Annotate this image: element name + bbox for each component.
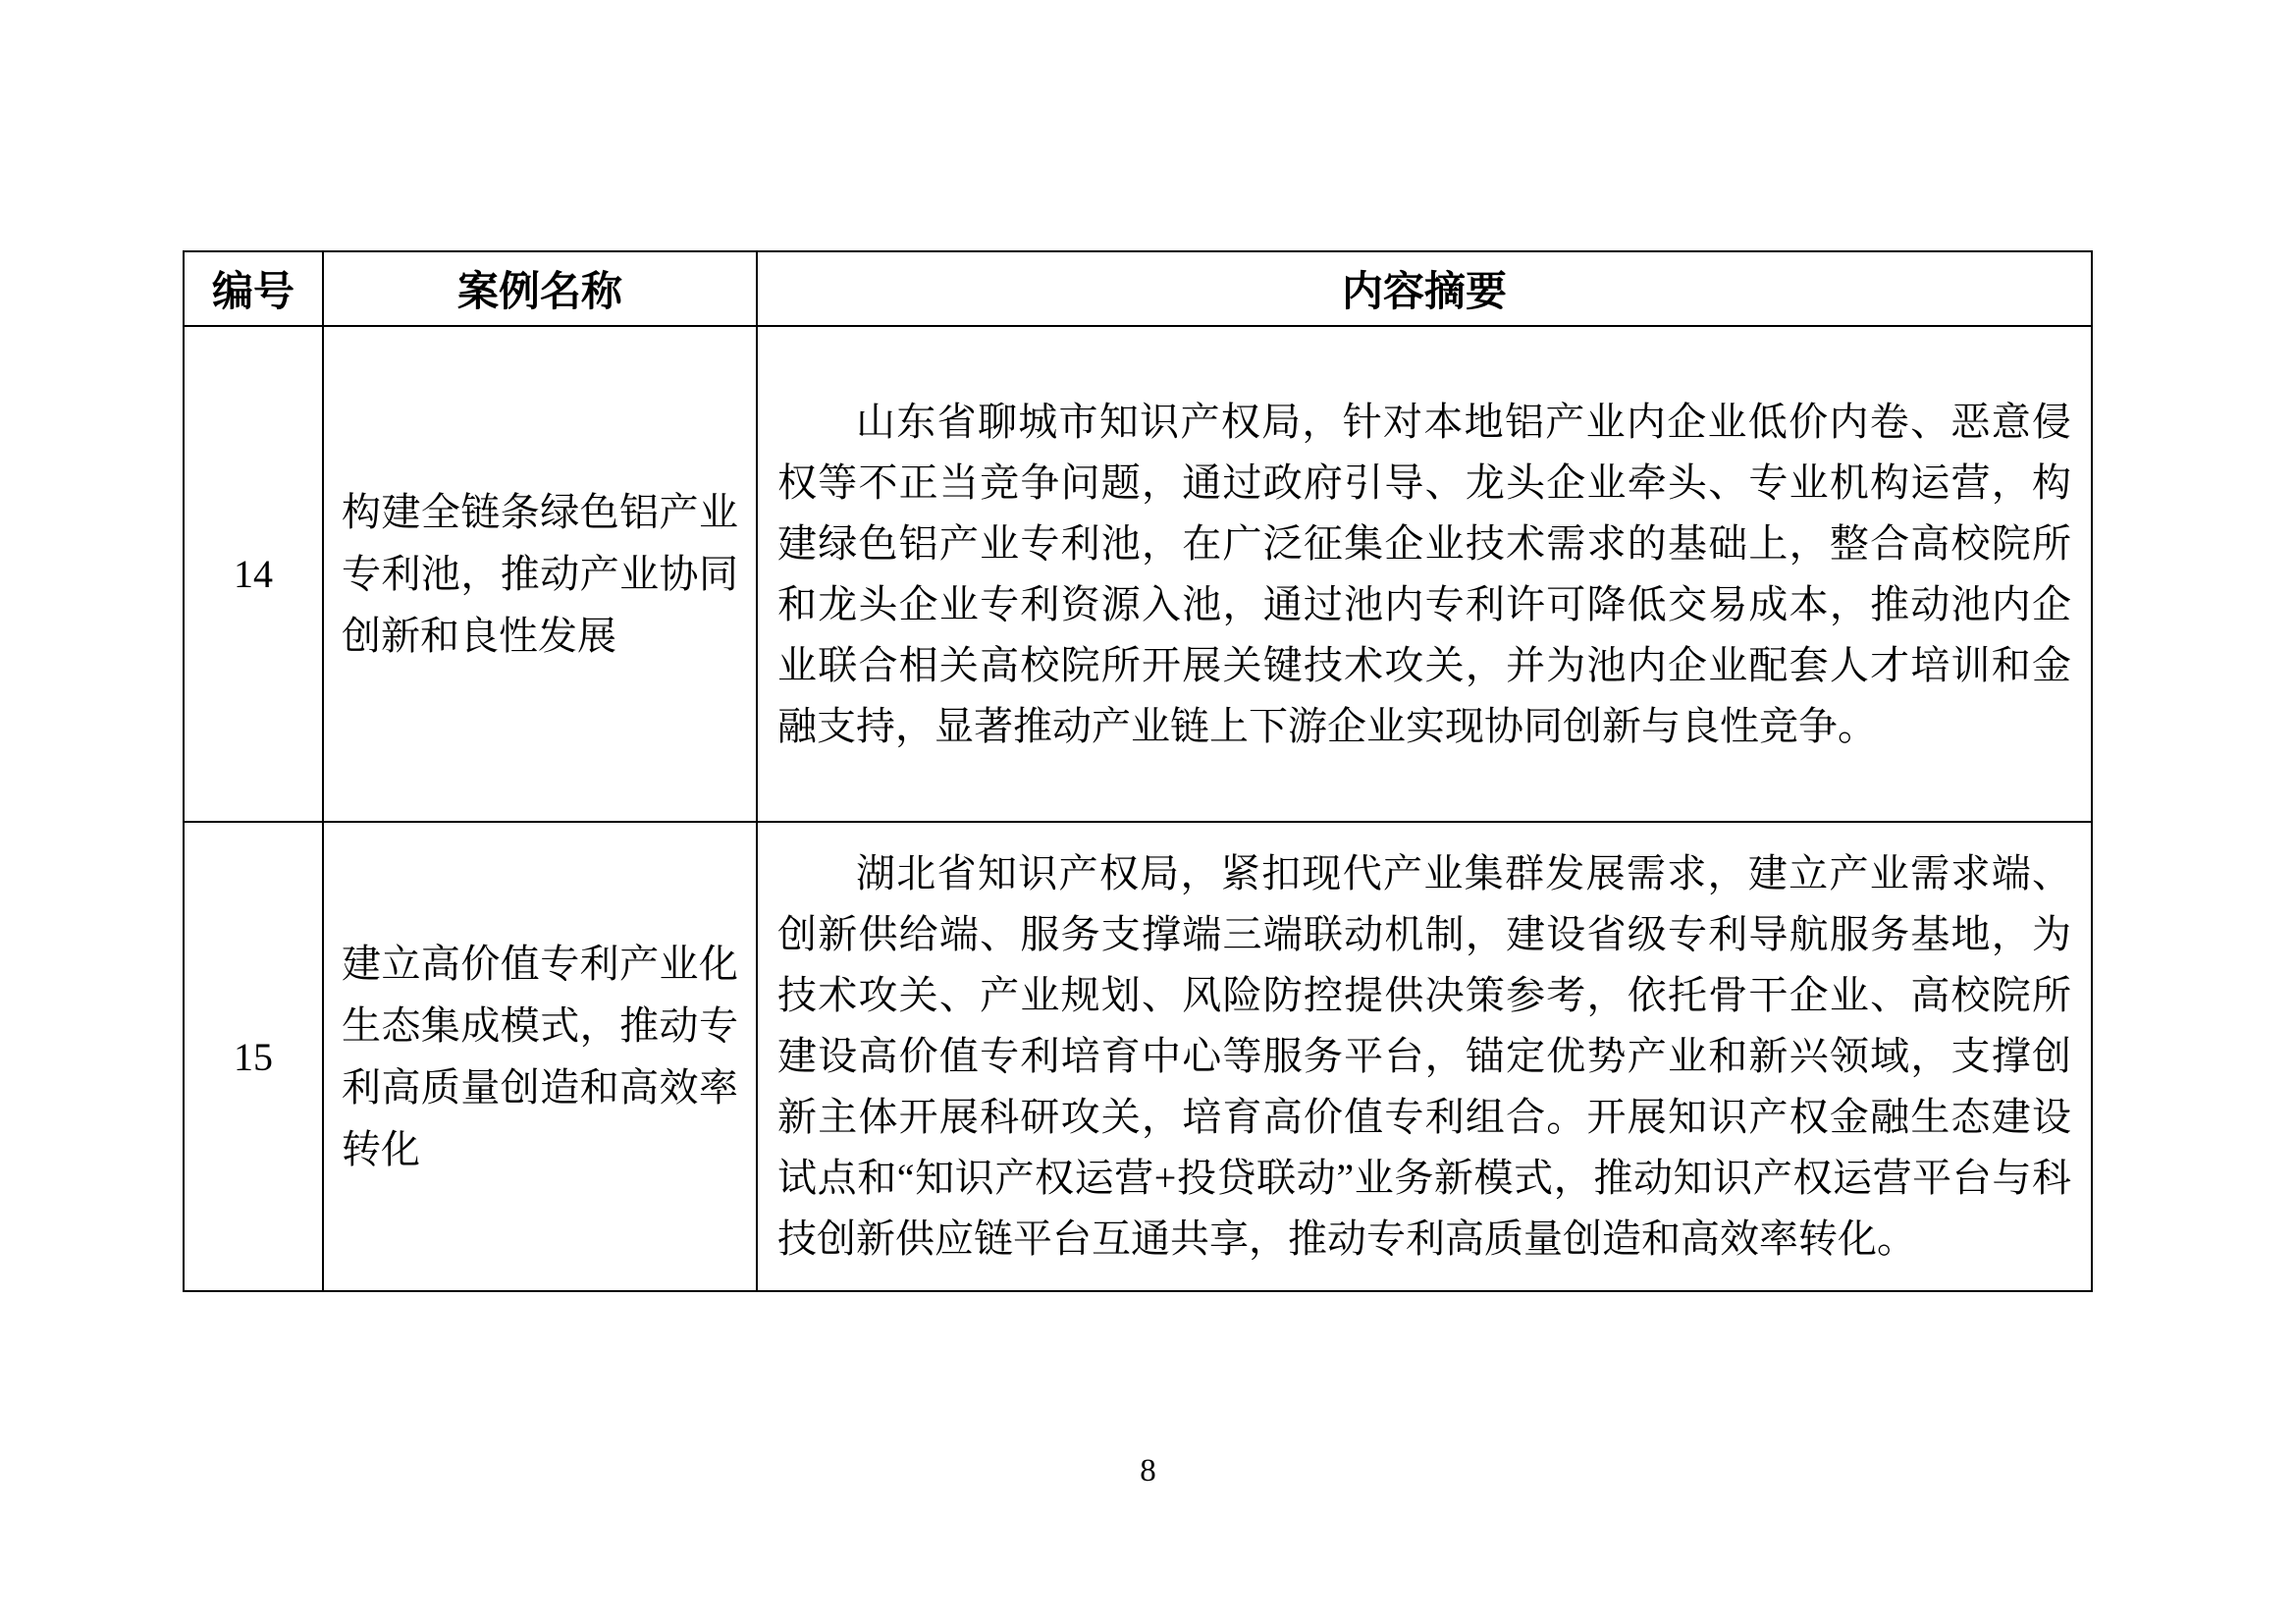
document-page: 编号 案例名称 内容摘要 14 构建全链条绿色铝产业专利池，推动产业协同创新和良… bbox=[0, 0, 2296, 1624]
column-header-number: 编号 bbox=[184, 251, 323, 326]
page-number: 8 bbox=[0, 1453, 2296, 1489]
case-name-cell: 构建全链条绿色铝产业专利池，推动产业协同创新和良性发展 bbox=[323, 326, 757, 822]
case-summary-cell: 山东省聊城市知识产权局，针对本地铝产业内企业低价内卷、恶意侵权等不正当竞争问题，… bbox=[757, 326, 2092, 822]
column-header-summary: 内容摘要 bbox=[757, 251, 2092, 326]
table-row: 14 构建全链条绿色铝产业专利池，推动产业协同创新和良性发展 山东省聊城市知识产… bbox=[184, 326, 2092, 822]
case-summary-paragraph: 山东省聊城市知识产权局，针对本地铝产业内企业低价内卷、恶意侵权等不正当竞争问题，… bbox=[777, 392, 2071, 757]
table-row: 15 建立高价值专利产业化生态集成模式，推动专利高质量创造和高效率转化 湖北省知… bbox=[184, 822, 2092, 1291]
case-summary-cell: 湖北省知识产权局，紧扣现代产业集群发展需求，建立产业需求端、创新供给端、服务支撑… bbox=[757, 822, 2092, 1291]
case-number-cell: 14 bbox=[184, 326, 323, 822]
case-number-cell: 15 bbox=[184, 822, 323, 1291]
case-name-cell: 建立高价值专利产业化生态集成模式，推动专利高质量创造和高效率转化 bbox=[323, 822, 757, 1291]
header-row: 编号 案例名称 内容摘要 bbox=[184, 251, 2092, 326]
case-summary-paragraph: 湖北省知识产权局，紧扣现代产业集群发展需求，建立产业需求端、创新供给端、服务支撑… bbox=[777, 843, 2071, 1270]
cases-table: 编号 案例名称 内容摘要 14 构建全链条绿色铝产业专利池，推动产业协同创新和良… bbox=[183, 250, 2093, 1292]
column-header-case-name: 案例名称 bbox=[323, 251, 757, 326]
